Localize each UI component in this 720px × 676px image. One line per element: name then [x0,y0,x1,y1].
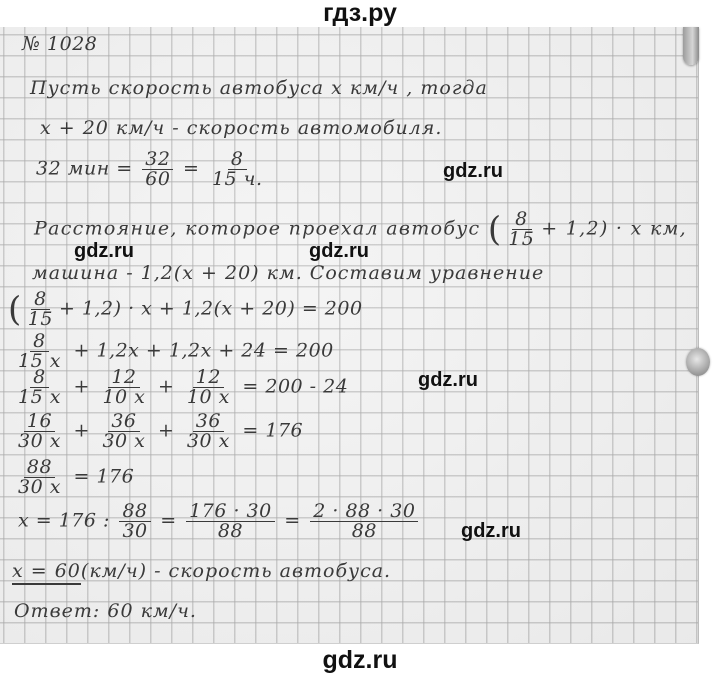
site-footer: gdz.ru [0,645,720,676]
watermark: gdz.ru [461,520,521,543]
solution-line-7: 8 15 x + 1,2x + 1,2x + 24 = 200 [12,332,334,371]
site-header: гдз.ру [0,0,720,27]
fraction: 36 30 x [99,412,148,451]
binder-hole [686,348,710,376]
solution-line-10: 88 30 x = 176 [12,458,134,497]
fraction: 8 15 [505,210,538,249]
watermark: gdz.ru [309,240,369,263]
fraction: 12 10 x [99,368,148,407]
solution-line-6: ( 8 15 + 1,2) · x + 1,2(x + 20) = 200 [8,290,363,329]
fraction: 8 15 [25,290,56,329]
fraction: 2 · 88 · 30 88 [310,502,418,541]
fraction: 12 10 x [184,368,233,407]
solution-line-5: машина - 1,2(x + 20) км. Составим уравне… [32,262,544,284]
fraction: 32 60 [142,150,173,189]
fraction: 176 · 30 88 [186,502,275,541]
fraction: 16 30 x [15,412,64,451]
watermark: gdz.ru [418,369,478,392]
fraction: 8 15 ч. [209,150,266,189]
fraction: 88 30 [119,502,150,541]
answer-line: Ответ: 60 км/ч. [14,600,197,622]
watermark: gdz.ru [74,240,134,263]
binder-slot [683,27,699,65]
solution-line-1: Пусть скорость автобуса x км/ч , тогда [30,77,488,99]
solution-line-8: 8 15 x + 12 10 x + 12 10 x = 200 - 24 [12,368,348,407]
solution-line-11: x = 176 : 88 30 = 176 · 30 88 = 2 · 88 ·… [18,502,421,541]
line3-left: 32 мин = [36,158,133,180]
solution-line-12: x = 60(км/ч) - скорость автобуса. [12,560,391,582]
solution-line-3: 32 мин = 32 60 = 8 15 ч. [36,150,269,189]
fraction: 88 30 x [15,458,64,497]
fraction: 36 30 x [184,412,233,451]
result-value: x = 60 [12,560,81,585]
solution-line-2: x + 20 км/ч - скорость автомобиля. [40,117,442,139]
fraction: 8 15 x [15,368,64,407]
watermark: gdz.ru [443,160,503,183]
solution-line-9: 16 30 x + 36 30 x + 36 30 x = 176 [12,412,303,451]
problem-number: № 1028 [22,33,97,55]
